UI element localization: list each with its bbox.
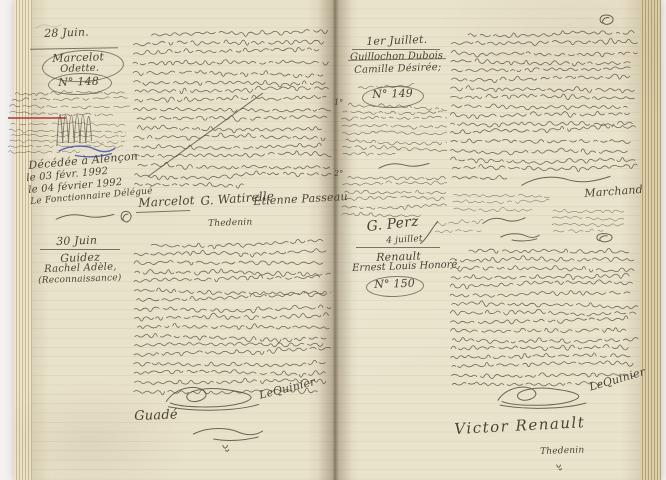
round-stamp-scribble — [118, 208, 144, 226]
act-reconnaissance-body-handwriting — [133, 237, 332, 396]
left-page-edges — [14, 0, 32, 480]
annotation-A-signature — [378, 158, 430, 170]
small-signature-c — [592, 230, 632, 244]
tall-scribble-flourish — [55, 98, 119, 148]
margin-rule-150 — [356, 247, 440, 248]
signature-tick-right — [556, 458, 572, 468]
registry-scan: 28 Juin. Marcelot Odette. N° 148 Décédée… — [0, 0, 666, 480]
act-150-body-handwriting — [450, 244, 639, 389]
signature-clerk-small: Thedenin — [208, 218, 253, 229]
officer-signature-date: 4 juillet — [386, 235, 423, 246]
margin-annotation-A — [341, 100, 447, 158]
margin-rule-2 — [40, 249, 120, 250]
pencil-mark — [36, 16, 62, 24]
margin-extra-line — [358, 77, 414, 86]
small-signature-b — [500, 228, 540, 240]
big-signature-flourish-right — [492, 382, 592, 410]
mid-annotation-1 — [452, 190, 552, 212]
small-signature-a — [482, 214, 526, 228]
margin-date-149: 1er Juillet. — [366, 34, 427, 47]
delegate-signature-flourish — [55, 209, 115, 221]
signature-marcelot: Marcelot — [138, 194, 195, 209]
signature-clerk-small-right: Thedenin — [540, 446, 585, 457]
margin-annotation-B — [341, 172, 447, 218]
mid-annotation-3 — [435, 218, 485, 235]
folio-mark — [596, 12, 630, 28]
signature-guade: Guadé — [134, 408, 178, 423]
right-page-edges — [640, 0, 661, 480]
margin-surname-149: Guillochon Dubois — [350, 51, 443, 63]
signature-tick — [222, 440, 242, 452]
margin-date-148: 28 Juin. — [44, 26, 89, 39]
margin-date-reconnaissance: 30 Juin — [56, 235, 97, 247]
act-149-body-handwriting — [450, 28, 639, 183]
act-148-body-handwriting — [132, 27, 331, 190]
